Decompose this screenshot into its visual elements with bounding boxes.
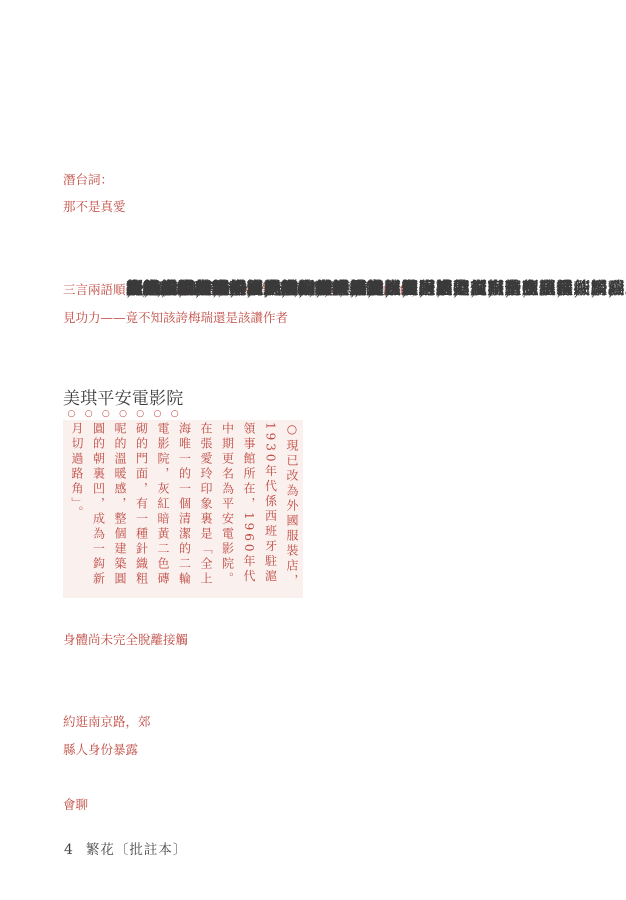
inline-annotation: 縣人身份暴露: [63, 742, 138, 757]
body-text-segment: 走，快點走，快，到了這種暗地方，還碰到熟人，算我倒霉，觸霉: [126, 276, 626, 304]
inline-annotation: 約逛南京路，郊: [63, 714, 151, 729]
inline-annotation: 身體尚未完全脫離接觸: [63, 632, 188, 647]
text-line: 兩個人見面，一般是看電影，逛公園。美琪，平安電影院，設: [63, 386, 569, 414]
text-line: 卡座，等於半夜三更長江輪船統艙，: [311, 442, 569, 470]
inline-annotation: 潛台詞：: [63, 172, 113, 187]
margin-annotation-vertical: ○現已改為外國服裝店，1930年代係西班牙駐滬領事館所在，1960年代中期更名為…: [63, 420, 303, 598]
text-line: 好意思吧。滬生説，別人介紹的，相貌一般，優點是有房子 潛台詞：: [63, 166, 569, 194]
text-line: 有情侶咖啡館，伸手不見五指，一排排: [311, 414, 569, 442]
paragraph-2-short-lines: 有情侶咖啡館，伸手不見五指，一排排卡座，等於半夜三更長江輪船統艙，到處是男女昏沉…: [303, 414, 569, 580]
inline-annotation: 見功力——竟不知該誇梅瑞還是該讚作者: [63, 310, 288, 325]
inline-annotation: 那不是真愛: [63, 199, 126, 214]
text-line: 先過去坐，四個人，準定一道吃夜飯，再去逛南京路 約逛南京路，郊: [63, 708, 569, 736]
text-line: 的。梅瑞一笑説，我姆媽早就講了，做人，不可以花頭花腦，騎兩: [63, 221, 569, 249]
text-line: 見功力——竟不知該誇梅瑞還是該讚作者。滬生説，條件不錯。梅瑞説，: [63, 304, 569, 332]
paragraph-2-with-sidebar: ○現已改為外國服裝店，1930年代係西班牙駐滬領事館所在，1960年代中期更名為…: [63, 414, 569, 598]
book-title: 繁花〔批註本〕: [86, 838, 188, 858]
text-line: 頭馬，吃兩頭茶，其實呢，我也有一個男朋友，一直想跟我結婚，: [63, 248, 569, 276]
text-line: 準備做啥事體呢 會聊。梅瑞照準滬生大腿，狠捏一記説，馬上就: [63, 791, 569, 819]
text-line: 縣人身份暴露。黑寶塔離開，移向前方，矮下去，與朦朧壁燈，香煙: [63, 736, 569, 764]
text-line: 寶塔樣子女人，因為暗，眼白更高。滬生感覺到梅瑞身體發硬，發: [63, 598, 569, 626]
text-line: 那不是真愛。梅瑞説，滬生太老實了，樣樣會跟我講。滬生説，應該: [63, 193, 569, 221]
text-line: 到處是男女昏沉發夢之音。有一次，梅: [311, 469, 569, 497]
text-line: 我根本不想結婚。滬生不響。梅瑞説，一講這種事情，我就不開心。: [63, 331, 569, 359]
paragraph-2-continued: 寶塔樣子女人，因為暗，眼白更高。滬生感覺到梅瑞身體發硬，發抖 身體尚未完全脫離接…: [63, 598, 569, 846]
text-line: 梅瑞呆了一呆説，我現在有事體。黑寶塔指指前面卡座説，好，我: [63, 681, 569, 709]
body-text: 名字叫白萍。梅瑞説，一個月見幾次面。滬生説，一次。梅瑞説，好意思吧。滬生説，別人…: [63, 138, 569, 846]
text-line: 鬆，也就坐正。卡座上方，立有一個黑: [311, 552, 569, 580]
book-page: 名字叫白萍。梅瑞説，一個月見幾次面。滬生説，一次。梅瑞説，好意思吧。滬生説，別人…: [0, 0, 626, 900]
text-line: 呀。黑寶塔説，梅瑞呀，大家是姊妹淘，手帕交呀，不認得我了。: [63, 653, 569, 681]
text-line: 瑞與滬生坐了幾分鐘，剛剛一抱，有人: [311, 497, 569, 525]
text-line: 名字叫白萍。梅瑞説，一個月見幾次面。滬生説，一次。梅瑞説，: [63, 138, 569, 166]
inline-annotation: 會聊: [63, 797, 88, 812]
text-line: 頭星光，融為一體。梅瑞不響。滬生輕聲説，現在有啥事體，梅瑞: [63, 764, 569, 792]
emphasized-text: 平安電影院: [97, 389, 183, 409]
page-footer: 4 繁花〔批註本〕: [64, 838, 187, 858]
text-line: 抖 身體尚未完全脫離接觸。梅瑞對黑寶塔説，拍我做啥，有事體，講: [63, 626, 569, 654]
text-line: 滬生不響。梅瑞的身體，也就靠過來。: [63, 359, 569, 387]
page-number: 4: [64, 842, 74, 858]
text-line: 拍一記梅瑞肩胛。梅瑞一嚇，滬生手一: [311, 524, 569, 552]
emphasized-text: 美琪: [63, 389, 97, 409]
